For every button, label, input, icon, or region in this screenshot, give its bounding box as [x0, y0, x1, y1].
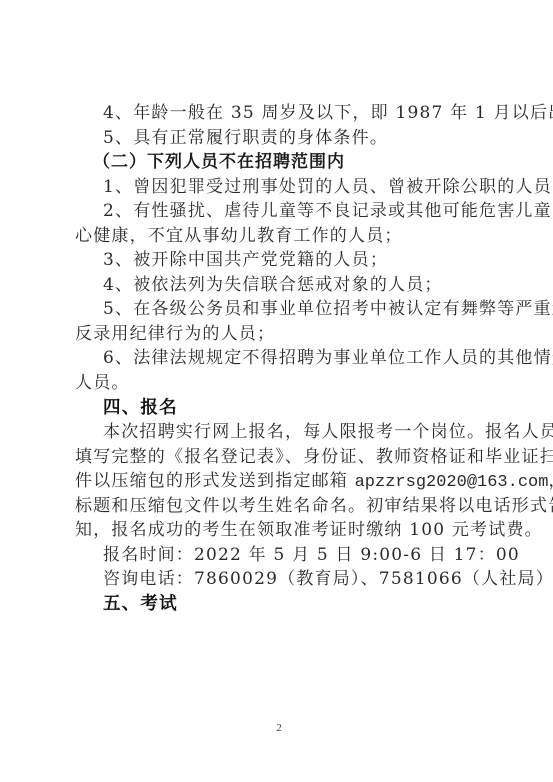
excluded-item-6-cont: 人员。 — [75, 371, 487, 396]
registration-paragraph-line-3-prefix: 件以压缩包的形式发送到指定邮箱 — [75, 471, 355, 491]
document-body: 4、年龄一般在 35 周岁及以下，即 1987 年 1 月以后出生； 5、具有正… — [75, 101, 487, 616]
registration-paragraph-line-2: 填写完整的《报名登记表》、身份证、教师资格证和毕业证扫描 — [75, 445, 487, 470]
registration-paragraph-line-1: 本次招聘实行网上报名，每人限报考一个岗位。报名人员将 — [75, 420, 487, 445]
excluded-item-6: 6、法律法规规定不得招聘为事业单位工作人员的其他情形 — [75, 346, 487, 371]
requirement-age: 4、年龄一般在 35 周岁及以下，即 1987 年 1 月以后出生； — [75, 101, 487, 126]
page-number: 2 — [274, 722, 284, 734]
excluded-item-2-cont: 心健康，不宜从事幼儿教育工作的人员； — [75, 224, 487, 249]
registration-time: 报名时间：2022 年 5 月 5 日 9:00-6 日 17：00 — [75, 543, 487, 568]
excluded-item-3: 3、被开除中国共产党党籍的人员； — [75, 248, 487, 273]
registration-paragraph-line-3-suffix: ，邮件 — [548, 471, 553, 491]
requirement-health: 5、具有正常履行职责的身体条件。 — [75, 126, 487, 151]
excluded-item-2: 2、有性骚扰、虐待儿童等不良记录或其他可能危害儿童身 — [75, 199, 487, 224]
excluded-item-4: 4、被依法列为失信联合惩戒对象的人员； — [75, 273, 487, 298]
registration-paragraph-line-3: 件以压缩包的形式发送到指定邮箱 apzzrsg2020@163.com，邮件 — [75, 469, 487, 494]
section-heading-exam: 五、考试 — [75, 592, 487, 617]
registration-paragraph-line-4: 标题和压缩包文件以考生姓名命名。初审结果将以电话形式告 — [75, 494, 487, 519]
excluded-item-5: 5、在各级公务员和事业单位招考中被认定有舞弊等严重违 — [75, 297, 487, 322]
registration-paragraph-line-5: 知，报名成功的考生在领取准考证时缴纳 100 元考试费。 — [75, 518, 487, 543]
document-page: 4、年龄一般在 35 周岁及以下，即 1987 年 1 月以后出生； 5、具有正… — [0, 0, 553, 782]
excluded-item-5-cont: 反录用纪律行为的人员； — [75, 322, 487, 347]
subsection-heading-excluded: （二）下列人员不在招聘范围内 — [75, 150, 487, 175]
registration-email: apzzrsg2020@163.com — [355, 473, 549, 492]
contact-phone: 咨询电话：7860029（教育局）、7581066（人社局） — [75, 567, 487, 592]
section-heading-registration: 四、报名 — [75, 396, 487, 421]
excluded-item-1: 1、曾因犯罪受过刑事处罚的人员、曾被开除公职的人员； — [75, 175, 487, 200]
